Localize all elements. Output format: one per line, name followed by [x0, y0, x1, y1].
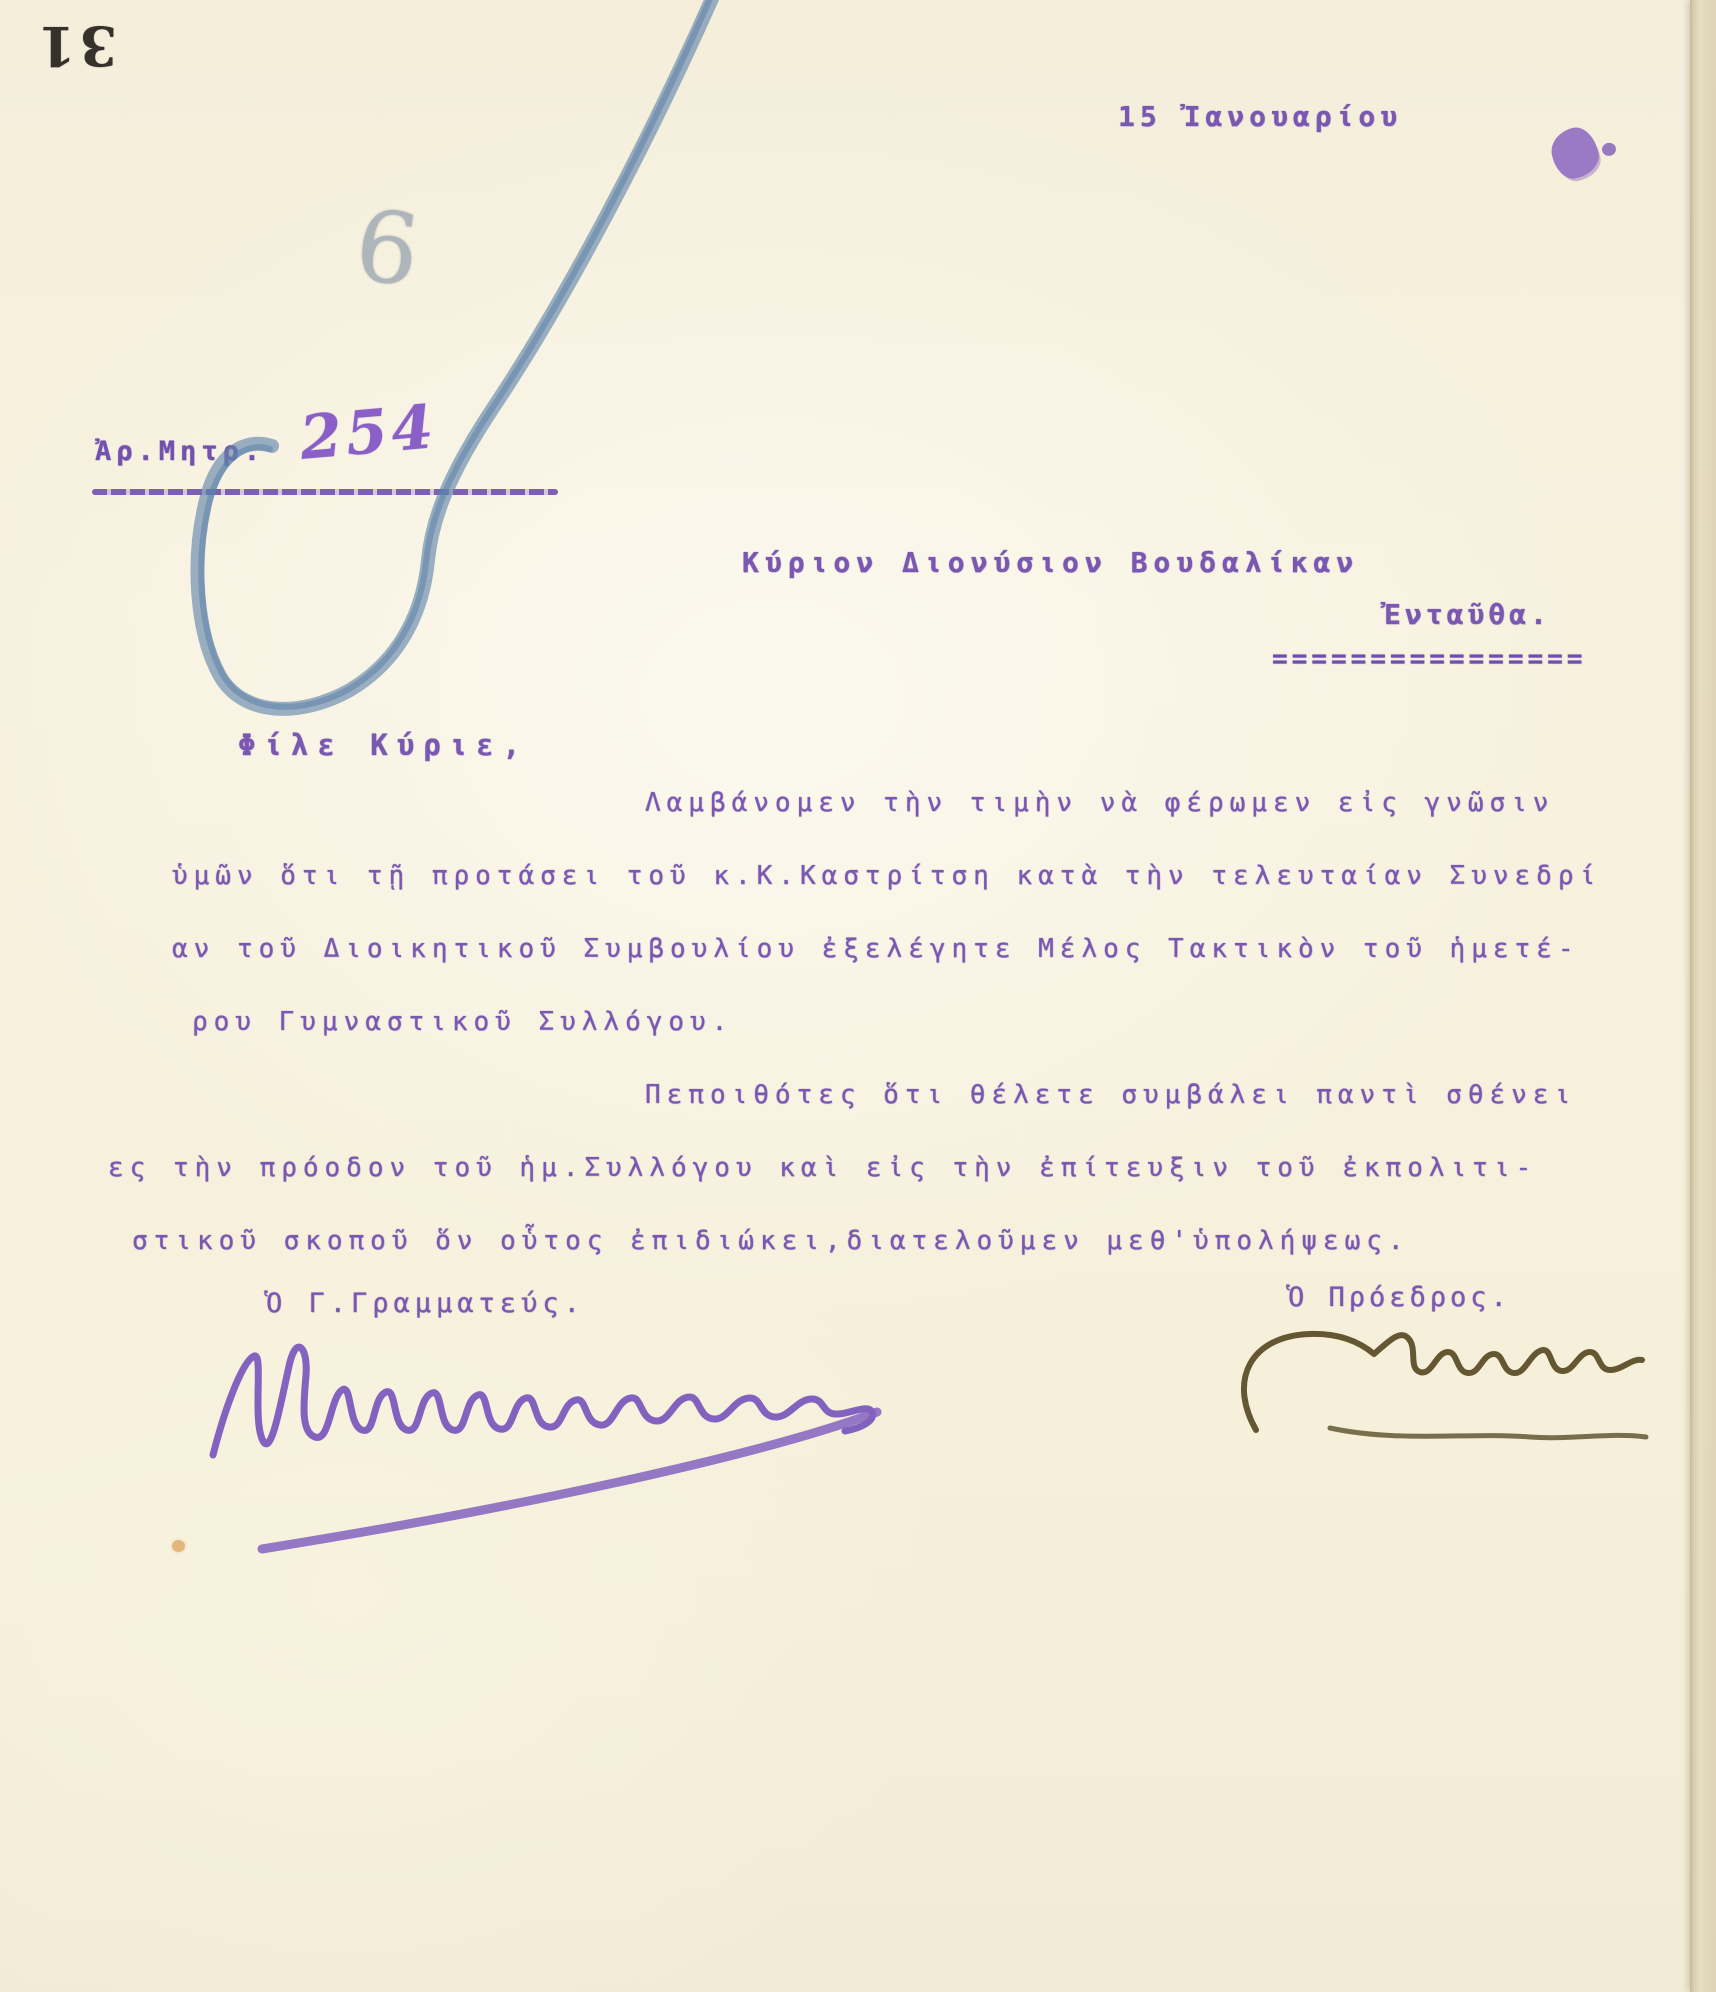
body-line-4: ρου Γυμναστικοῦ Συλλόγου. — [192, 1007, 733, 1037]
recipient-place: Ἐνταῦθα. — [1384, 598, 1551, 631]
recipient-name: Κύριον Διονύσιον Βουδαλίκαν — [742, 546, 1359, 579]
president-signature — [1244, 1334, 1646, 1438]
body-line-5: Πεποιθότες ὅτι θέλετε συμβάλει παντὶ σθέ… — [645, 1080, 1576, 1110]
paper-stain — [172, 1540, 185, 1552]
salutation: Φίλε Κύριε, — [238, 728, 529, 762]
ink-strokes-overlay — [0, 0, 1716, 1992]
body-line-3: αν τοῦ Διοικητικοῦ Συμβουλίου ἐξελέγητε … — [172, 934, 1579, 964]
blue-pen-stroke — [198, 0, 718, 709]
page-edge-crease — [1690, 0, 1716, 1992]
secretary-title: Ὁ Γ.Γραμματεύς. — [266, 1288, 585, 1319]
body-line-6: ες τὴν πρόοδον τοῦ ἡμ.Συλλόγου καὶ εἰς τ… — [108, 1153, 1537, 1183]
body-line-1: Λαμβάνομεν τὴν τιμὴν νὰ φέρωμεν εἰς γνῶσ… — [645, 788, 1554, 818]
registry-number-handwritten: 254 — [297, 392, 440, 474]
page-number-stamp: 31 — [34, 14, 117, 78]
registry-underline — [92, 489, 558, 495]
date-line: 15 Ἰανουαρίου — [1118, 100, 1402, 133]
president-title: Ὁ Πρόεδρος. — [1288, 1282, 1511, 1313]
ink-blot — [1547, 124, 1602, 182]
scanned-letter-page: 31 6 15 Ἰανουαρίου Ἀρ.Μητρ. 254 Κύριον Δ… — [0, 0, 1716, 1992]
recipient-place-underline: ================ — [1272, 644, 1586, 674]
registry-label: Ἀρ.Μητρ. — [95, 436, 265, 467]
pencil-annotation: 6 — [349, 189, 425, 310]
secretary-signature — [213, 1347, 877, 1549]
body-line-2: ὑμῶν ὅτι τῇ προτάσει τοῦ κ.Κ.Καστρίτση κ… — [172, 861, 1601, 891]
body-line-7: στικοῦ σκοποῦ ὅν οὗτος ἐπιδιώκει,διατελο… — [132, 1226, 1410, 1256]
